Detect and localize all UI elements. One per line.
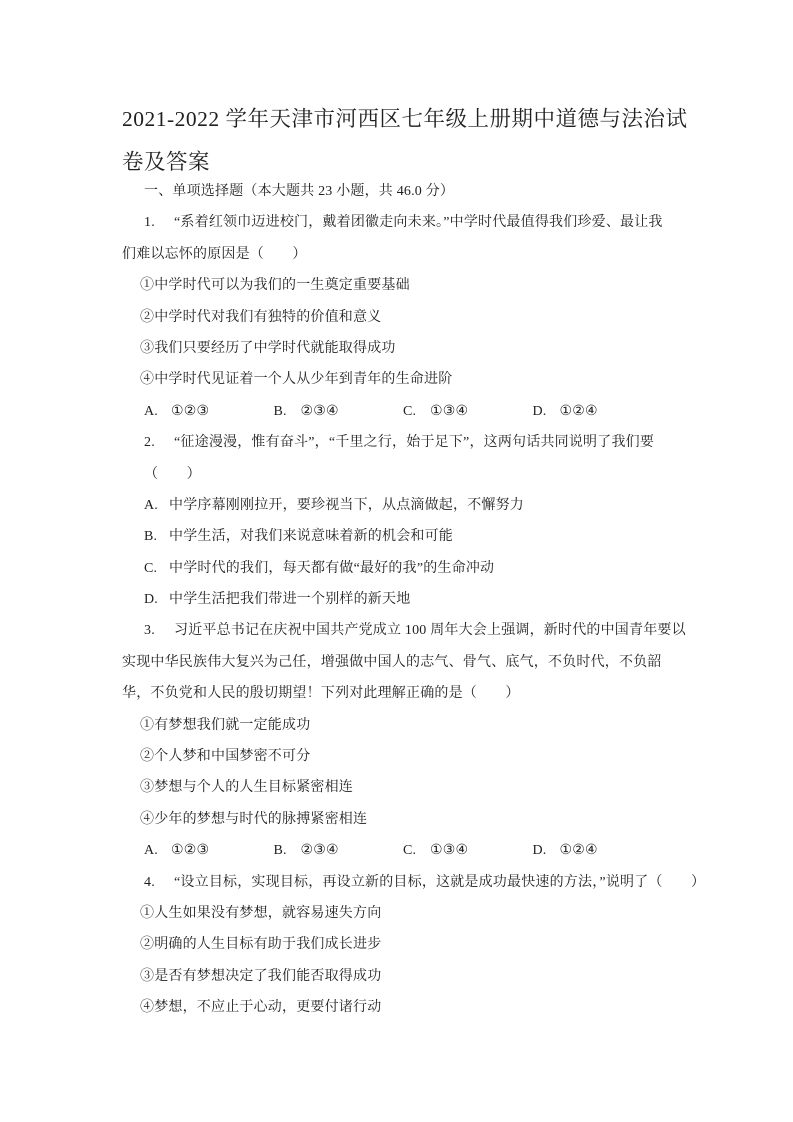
choice-text: 中学序幕刚刚拉开，要珍视当下，从点滴做起，不懈努力 [169, 498, 524, 513]
question-1-number: 1. [144, 207, 174, 238]
choice-letter: D. [144, 584, 169, 615]
exam-document-page: 2021-2022 学年天津市河西区七年级上册期中道德与法治试 卷及答案 一、单… [0, 0, 793, 1122]
choice-value: ①③④ [430, 843, 468, 858]
choice-letter: D. [533, 835, 560, 866]
question-3-stem-text: 习近平总书记在庆祝中国共产党成立 100 周年大会上强调，新时代的中国青年要以 [174, 623, 686, 638]
question-3-choice-a: A.①②③ [144, 835, 274, 866]
question-2-choice-b: B.中学生活，对我们来说意味着新的机会和可能 [122, 521, 722, 552]
choice-value: ①③④ [430, 404, 468, 419]
question-3: 3.习近平总书记在庆祝中国共产党成立 100 周年大会上强调，新时代的中国青年要… [122, 615, 722, 866]
choice-value: ①②④ [560, 404, 598, 419]
question-4-statement-4: ④梦想，不应止于心动，更要付诸行动 [122, 992, 722, 1023]
question-4-stem-line-1: 4.“设立目标，实现目标，再设立新的目标，这就是成功最快速的方法，”说明了（ ） [122, 867, 722, 898]
question-3-stem-line-2: 实现中华民族伟大复兴为己任，增强做中国人的志气、骨气、底气，不负时代，不负韶 [122, 647, 722, 678]
choice-letter: C. [403, 835, 430, 866]
question-2-stem-line-2: （ ） [122, 459, 722, 490]
choice-letter: B. [144, 521, 169, 552]
question-3-stem-line-1: 3.习近平总书记在庆祝中国共产党成立 100 周年大会上强调，新时代的中国青年要… [122, 615, 722, 646]
question-1-choice-a: A.①②③ [144, 396, 274, 427]
choice-letter: C. [144, 553, 169, 584]
question-1-choice-b: B.②③④ [274, 396, 404, 427]
choice-value: ①②③ [171, 404, 209, 419]
choice-letter: A. [144, 490, 169, 521]
question-3-choice-b: B.②③④ [274, 835, 404, 866]
question-2: 2.“征途漫漫，惟有奋斗”，“千里之行，始于足下”，这两句话共同说明了我们要 （… [122, 427, 722, 615]
choice-letter: C. [403, 396, 430, 427]
question-1-choices: A.①②③B.②③④C.①③④D.①②④ [122, 396, 722, 427]
question-3-statement-2: ②个人梦和中国梦密不可分 [122, 741, 722, 772]
question-1-stem-text: “系着红领巾迈进校门，戴着团徽走向未来。”中学时代最值得我们珍爱、最让我 [174, 215, 663, 230]
question-3-statement-4: ④少年的梦想与时代的脉搏紧密相连 [122, 804, 722, 835]
question-1-statement-2: ②中学时代对我们有独特的价值和意义 [122, 302, 722, 333]
question-2-choice-d: D.中学生活把我们带进一个别样的新天地 [122, 584, 722, 615]
choice-letter: B. [274, 396, 301, 427]
choice-text: 中学时代的我们，每天都有做“最好的我”的生命冲动 [169, 561, 494, 576]
question-2-number: 2. [144, 427, 174, 458]
question-3-choices: A.①②③B.②③④C.①③④D.①②④ [122, 835, 722, 866]
question-1-choice-c: C.①③④ [403, 396, 533, 427]
choice-value: ①②③ [171, 843, 209, 858]
question-3-statement-3: ③梦想与个人的人生目标紧密相连 [122, 772, 722, 803]
question-3-number: 3. [144, 615, 174, 646]
choice-letter: D. [533, 396, 560, 427]
question-1-stem-line-2: 们难以忘怀的原因是（ ） [122, 239, 722, 270]
choice-value: ②③④ [301, 404, 339, 419]
question-3-stem-line-3: 华，不负党和人民的殷切期望！下列对此理解正确的是（ ） [122, 678, 722, 709]
question-2-stem-text: “征途漫漫，惟有奋斗”，“千里之行，始于足下”，这两句话共同说明了我们要 [174, 435, 654, 450]
page-title: 2021-2022 学年天津市河西区七年级上册期中道德与法治试 卷及答案 [122, 98, 722, 184]
question-1: 1.“系着红领巾迈进校门，戴着团徽走向未来。”中学时代最值得我们珍爱、最让我 们… [122, 207, 722, 427]
question-1-statement-4: ④中学时代见证着一个人从少年到青年的生命进阶 [122, 364, 722, 395]
question-2-stem-line-1: 2.“征途漫漫，惟有奋斗”，“千里之行，始于足下”，这两句话共同说明了我们要 [122, 427, 722, 458]
question-2-choice-c: C.中学时代的我们，每天都有做“最好的我”的生命冲动 [122, 553, 722, 584]
question-2-choice-a: A.中学序幕刚刚拉开，要珍视当下，从点滴做起，不懈努力 [122, 490, 722, 521]
question-1-statement-1: ①中学时代可以为我们的一生奠定重要基础 [122, 270, 722, 301]
question-4-statement-2: ②明确的人生目标有助于我们成长进步 [122, 929, 722, 960]
section-header: 一、单项选择题（本大题共 23 小题，共 46.0 分） [122, 176, 722, 207]
question-4-statement-1: ①人生如果没有梦想，就容易速失方向 [122, 898, 722, 929]
title-line-1: 2021-2022 学年天津市河西区七年级上册期中道德与法治试 [122, 98, 722, 141]
question-4-number: 4. [144, 867, 174, 898]
choice-letter: B. [274, 835, 301, 866]
question-3-choice-d: D.①②④ [533, 835, 598, 866]
document-body: 一、单项选择题（本大题共 23 小题，共 46.0 分） 1.“系着红领巾迈进校… [122, 176, 722, 1024]
question-3-choice-c: C.①③④ [403, 835, 533, 866]
choice-letter: A. [144, 835, 171, 866]
choice-text: 中学生活把我们带进一个别样的新天地 [169, 592, 410, 607]
question-4-statement-3: ③是否有梦想决定了我们能否取得成功 [122, 961, 722, 992]
choice-value: ②③④ [301, 843, 339, 858]
question-4-stem-text: “设立目标，实现目标，再设立新的目标，这就是成功最快速的方法，”说明了（ ） [174, 875, 705, 890]
question-1-choice-d: D.①②④ [533, 396, 598, 427]
question-4: 4.“设立目标，实现目标，再设立新的目标，这就是成功最快速的方法，”说明了（ ）… [122, 867, 722, 1024]
question-1-statement-3: ③我们只要经历了中学时代就能取得成功 [122, 333, 722, 364]
choice-letter: A. [144, 396, 171, 427]
question-1-stem-line-1: 1.“系着红领巾迈进校门，戴着团徽走向未来。”中学时代最值得我们珍爱、最让我 [122, 207, 722, 238]
choice-value: ①②④ [560, 843, 598, 858]
choice-text: 中学生活，对我们来说意味着新的机会和可能 [169, 529, 453, 544]
question-3-statement-1: ①有梦想我们就一定能成功 [122, 710, 722, 741]
